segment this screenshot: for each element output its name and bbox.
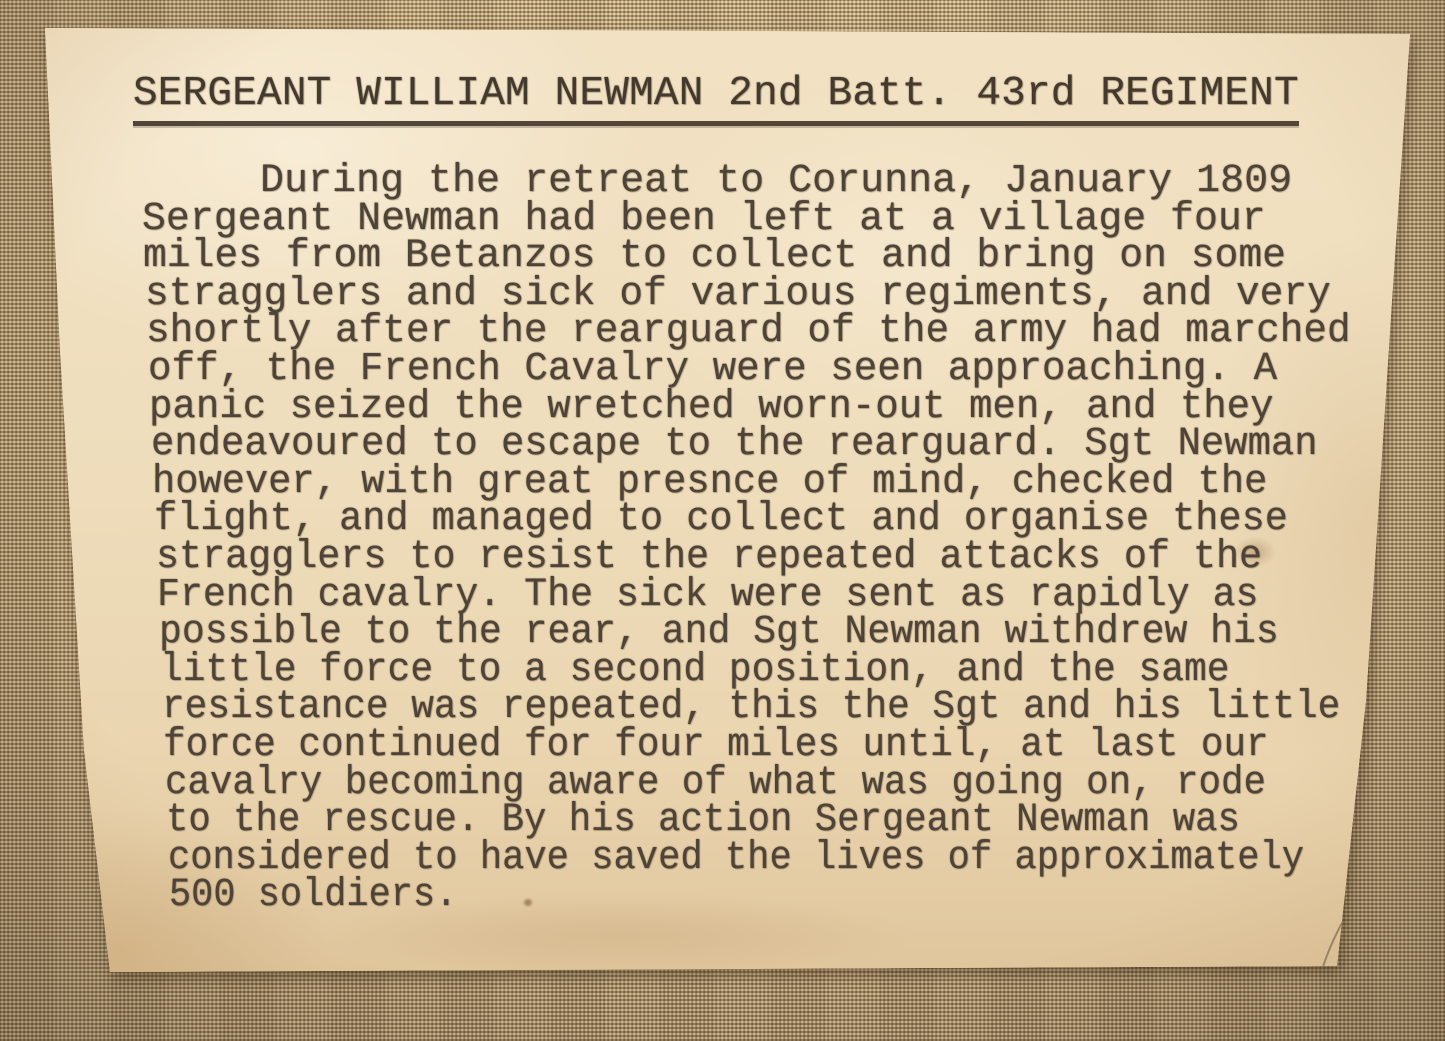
photograph: SERGEANT WILLIAM NEWMAN 2nd Batt. 43rd R… (0, 0, 1445, 1041)
paper: SERGEANT WILLIAM NEWMAN 2nd Batt. 43rd R… (0, 0, 1445, 1041)
paper-crease-line (0, 0, 1445, 1041)
paper-wrapper: SERGEANT WILLIAM NEWMAN 2nd Batt. 43rd R… (0, 0, 1445, 1041)
